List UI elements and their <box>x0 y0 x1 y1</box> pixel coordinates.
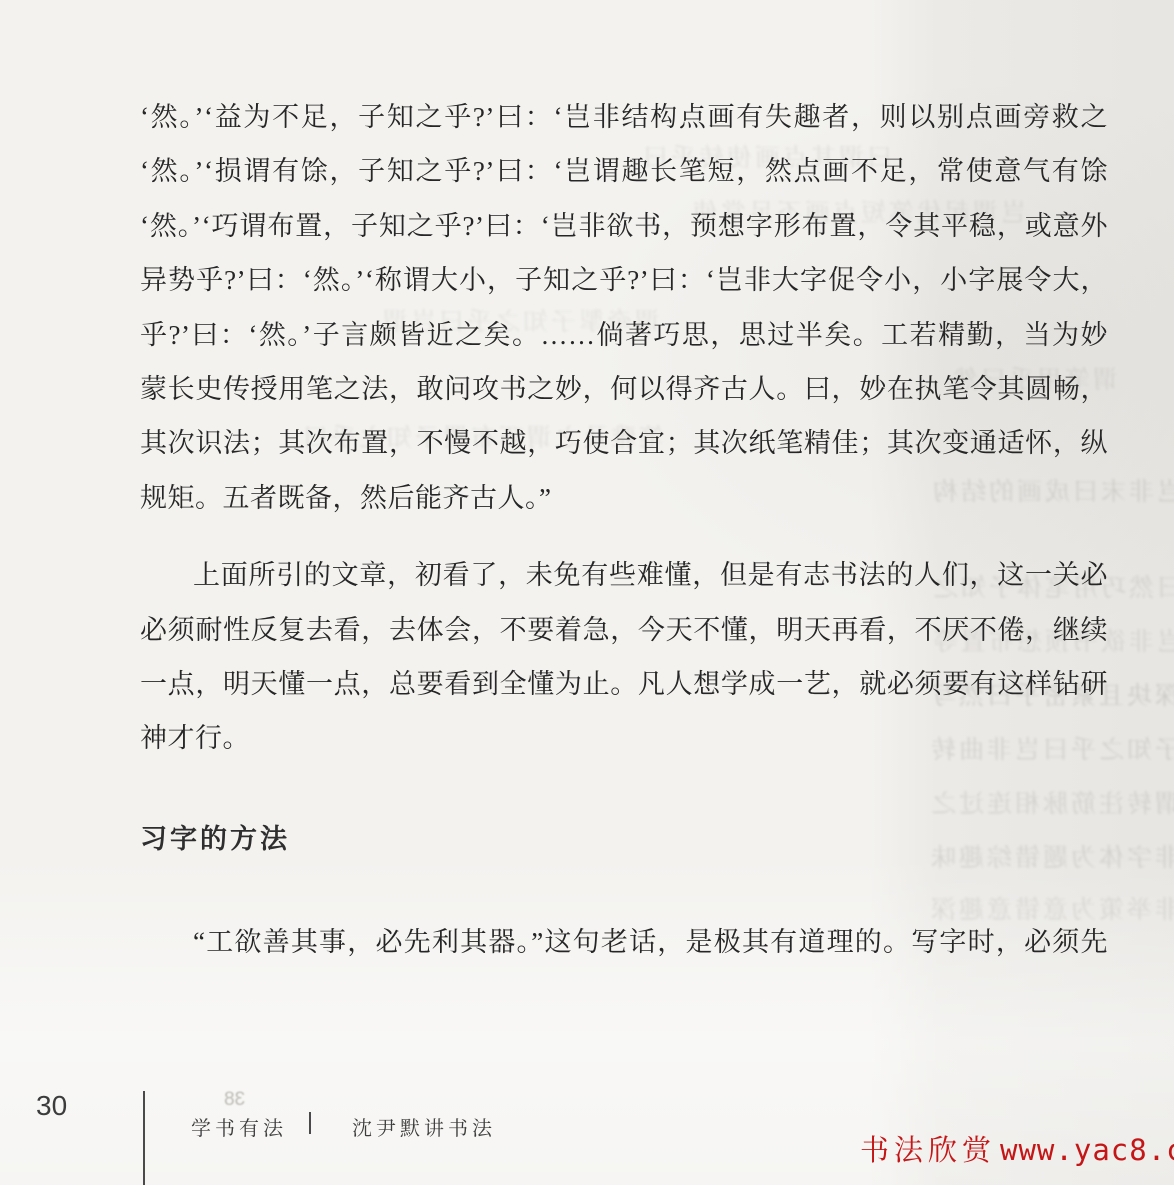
watermark-site-url: www.yac8.com <box>1000 1133 1174 1167</box>
page-number: 30 <box>36 1090 67 1122</box>
text-line: 一点，明天懂一点，总要看到全懂为止。凡人想学成一艺，就必须要有这样钻研的贯彻精 <box>140 657 1108 711</box>
footer-vertical-rule <box>143 1091 145 1185</box>
text-line: ‘然。’‘巧谓布置，子知之乎?’曰：‘岂非欲书，预想字形布置，令其平稳，或意外生… <box>140 199 1108 253</box>
text-line: 异势乎?’曰：‘然。’‘称谓大小，子知之乎?’曰：‘岂非大字促令小，小字展令大，… <box>140 253 1108 307</box>
text-line: 神才行。 <box>140 711 1108 765</box>
text-line: ‘然。’‘损谓有馀，子知之乎?’曰：‘岂谓趣长笔短，然点画不足，常使意气有馀乎?… <box>140 144 1108 198</box>
text-line: 蒙长史传授用笔之法，敢问攻书之妙，何以得齐古人。曰，妙在执笔令其圆畅，勿使拘挛； <box>140 362 1108 416</box>
paragraph-quoted-treatise: ‘然。’‘益为不足，子知之乎?’曰：‘岂非结构点画有失趣者，则以别点画旁救之乎?… <box>140 90 1108 525</box>
paragraph-new-section: “工欲善其事，必先利其器。”这句老话，是极其有道理的。写字时，必须先把笔安排 <box>140 915 1108 969</box>
paragraph-commentary: 上面所引的文章，初看了，未免有些难懂，但是有志书法的人们，这一关必得要过的， 必… <box>140 548 1108 766</box>
watermark-site-name: 书法欣赏 <box>860 1135 996 1167</box>
book-page-scan: 曰谓其点画使转乎曰 岂谓起伏笔短点画不足常使 谓牵掣子知之乎曰岂谓 笔雅及之谓巧… <box>0 0 1174 1185</box>
section-heading: 习字的方法 <box>140 822 1108 856</box>
running-title-series: 学书有法 <box>191 1112 287 1141</box>
text-line: 必须耐性反复去看，去体会，不要着急，今天不懂，明天再看，不厌不倦，继续着看，今天… <box>140 603 1108 657</box>
watermark: 书法欣赏 www.yac8.com <box>860 1128 1174 1169</box>
bleedthrough-page-number: 38 <box>224 1089 245 1111</box>
text-line: 乎?’曰：‘然。’子言颇皆近之矣。……倘著巧思，思过半矣。工若精勤，当为妙笔。曰… <box>140 308 1108 362</box>
text-line: 上面所引的文章，初看了，未免有些难懂，但是有志书法的人们，这一关必得要过的， <box>140 548 1108 602</box>
footer-divider-bar <box>309 1112 311 1134</box>
text-line: 规矩。五者既备，然后能齐古人。” <box>140 471 1108 525</box>
text-line: 其次识法；其次布置，不慢不越，巧使合宜；其次纸笔精佳；其次变通适怀，纵舍掣夺，咸… <box>140 416 1108 470</box>
text-line: “工欲善其事，必先利其器。”这句老话，是极其有道理的。写字时，必须先把笔安排 <box>140 915 1108 969</box>
text-line: ‘然。’‘益为不足，子知之乎?’曰：‘岂非结构点画有失趣者，则以别点画旁救之乎?… <box>140 90 1108 144</box>
main-text: ‘然。’‘益为不足，子知之乎?’曰：‘岂非结构点画有失趣者，则以别点画旁救之乎?… <box>140 90 1108 969</box>
running-title-book: 沈尹默讲书法 <box>352 1112 496 1141</box>
